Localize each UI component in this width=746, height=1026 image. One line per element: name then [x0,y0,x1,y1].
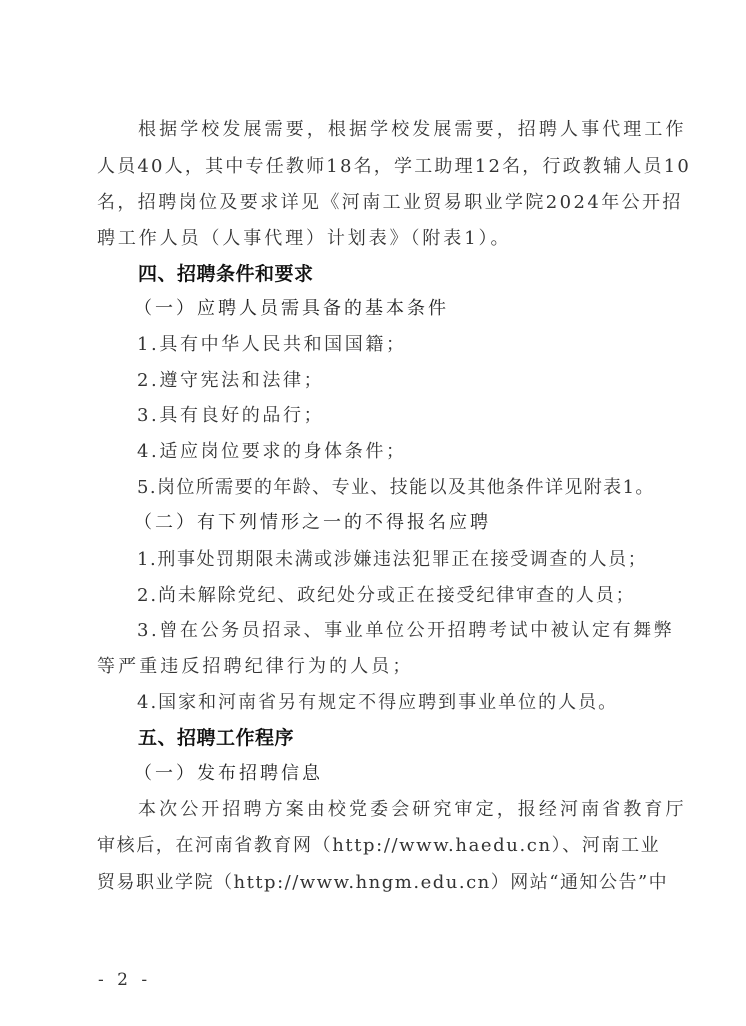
section-heading: 五、招聘工作程序 [138,726,698,750]
list-item: 1.具有中华人民共和国国籍； [137,333,697,357]
paragraph-line: 本次公开招聘方案由校党委会研究审定，报经河南省教育厅 [138,798,698,822]
paragraph-line: 人员40人，其中专任教师18名，学工助理12名，行政教辅人员10 [97,155,657,179]
list-item-continuation: 等严重违反招聘纪律行为的人员； [97,655,657,679]
subsection-heading: （一）应聘人员需具备的基本条件 [134,297,694,321]
subsection-heading: （二）有下列情形之一的不得报名应聘 [134,511,694,535]
subsection-heading: （一）发布招聘信息 [134,762,694,786]
list-item: 4.适应岗位要求的身体条件； [137,440,697,464]
paragraph-line: 审核后，在河南省教育网（http://www.haedu.cn）、河南工业 [97,834,657,858]
list-item: 3.曾在公务员招录、事业单位公开招聘考试中被认定有舞弊 [137,619,697,643]
list-item: 2.遵守宪法和法律； [137,369,697,393]
paragraph-line: 贸易职业学院（http://www.hngm.edu.cn）网站“通知公告”中 [97,871,657,895]
list-item: 1.刑事处罚期限未满或涉嫌违法犯罪正在接受调查的人员； [137,548,697,572]
paragraph-line: 聘工作人员（人事代理）计划表》（附表1）。 [97,227,657,251]
page-number: - 2 - [98,970,151,990]
paragraph-line: 名，招聘岗位及要求详见《河南工业贸易职业学院2024年公开招 [97,191,657,215]
paragraph-line: 根据学校发展需要，根据学校发展需要，招聘人事代理工作 [138,118,698,142]
list-item: 5.岗位所需要的年龄、专业、技能以及其他条件详见附表1。 [137,476,697,500]
section-heading: 四、招聘条件和要求 [138,262,698,286]
list-item: 2.尚未解除党纪、政纪处分或正在接受纪律审查的人员； [137,584,697,608]
list-item: 3.具有良好的品行； [137,404,697,428]
list-item: 4.国家和河南省另有规定不得应聘到事业单位的人员。 [137,691,697,715]
document-page: 根据学校发展需要，根据学校发展需要，招聘人事代理工作 人员40人，其中专任教师1… [0,0,746,1026]
